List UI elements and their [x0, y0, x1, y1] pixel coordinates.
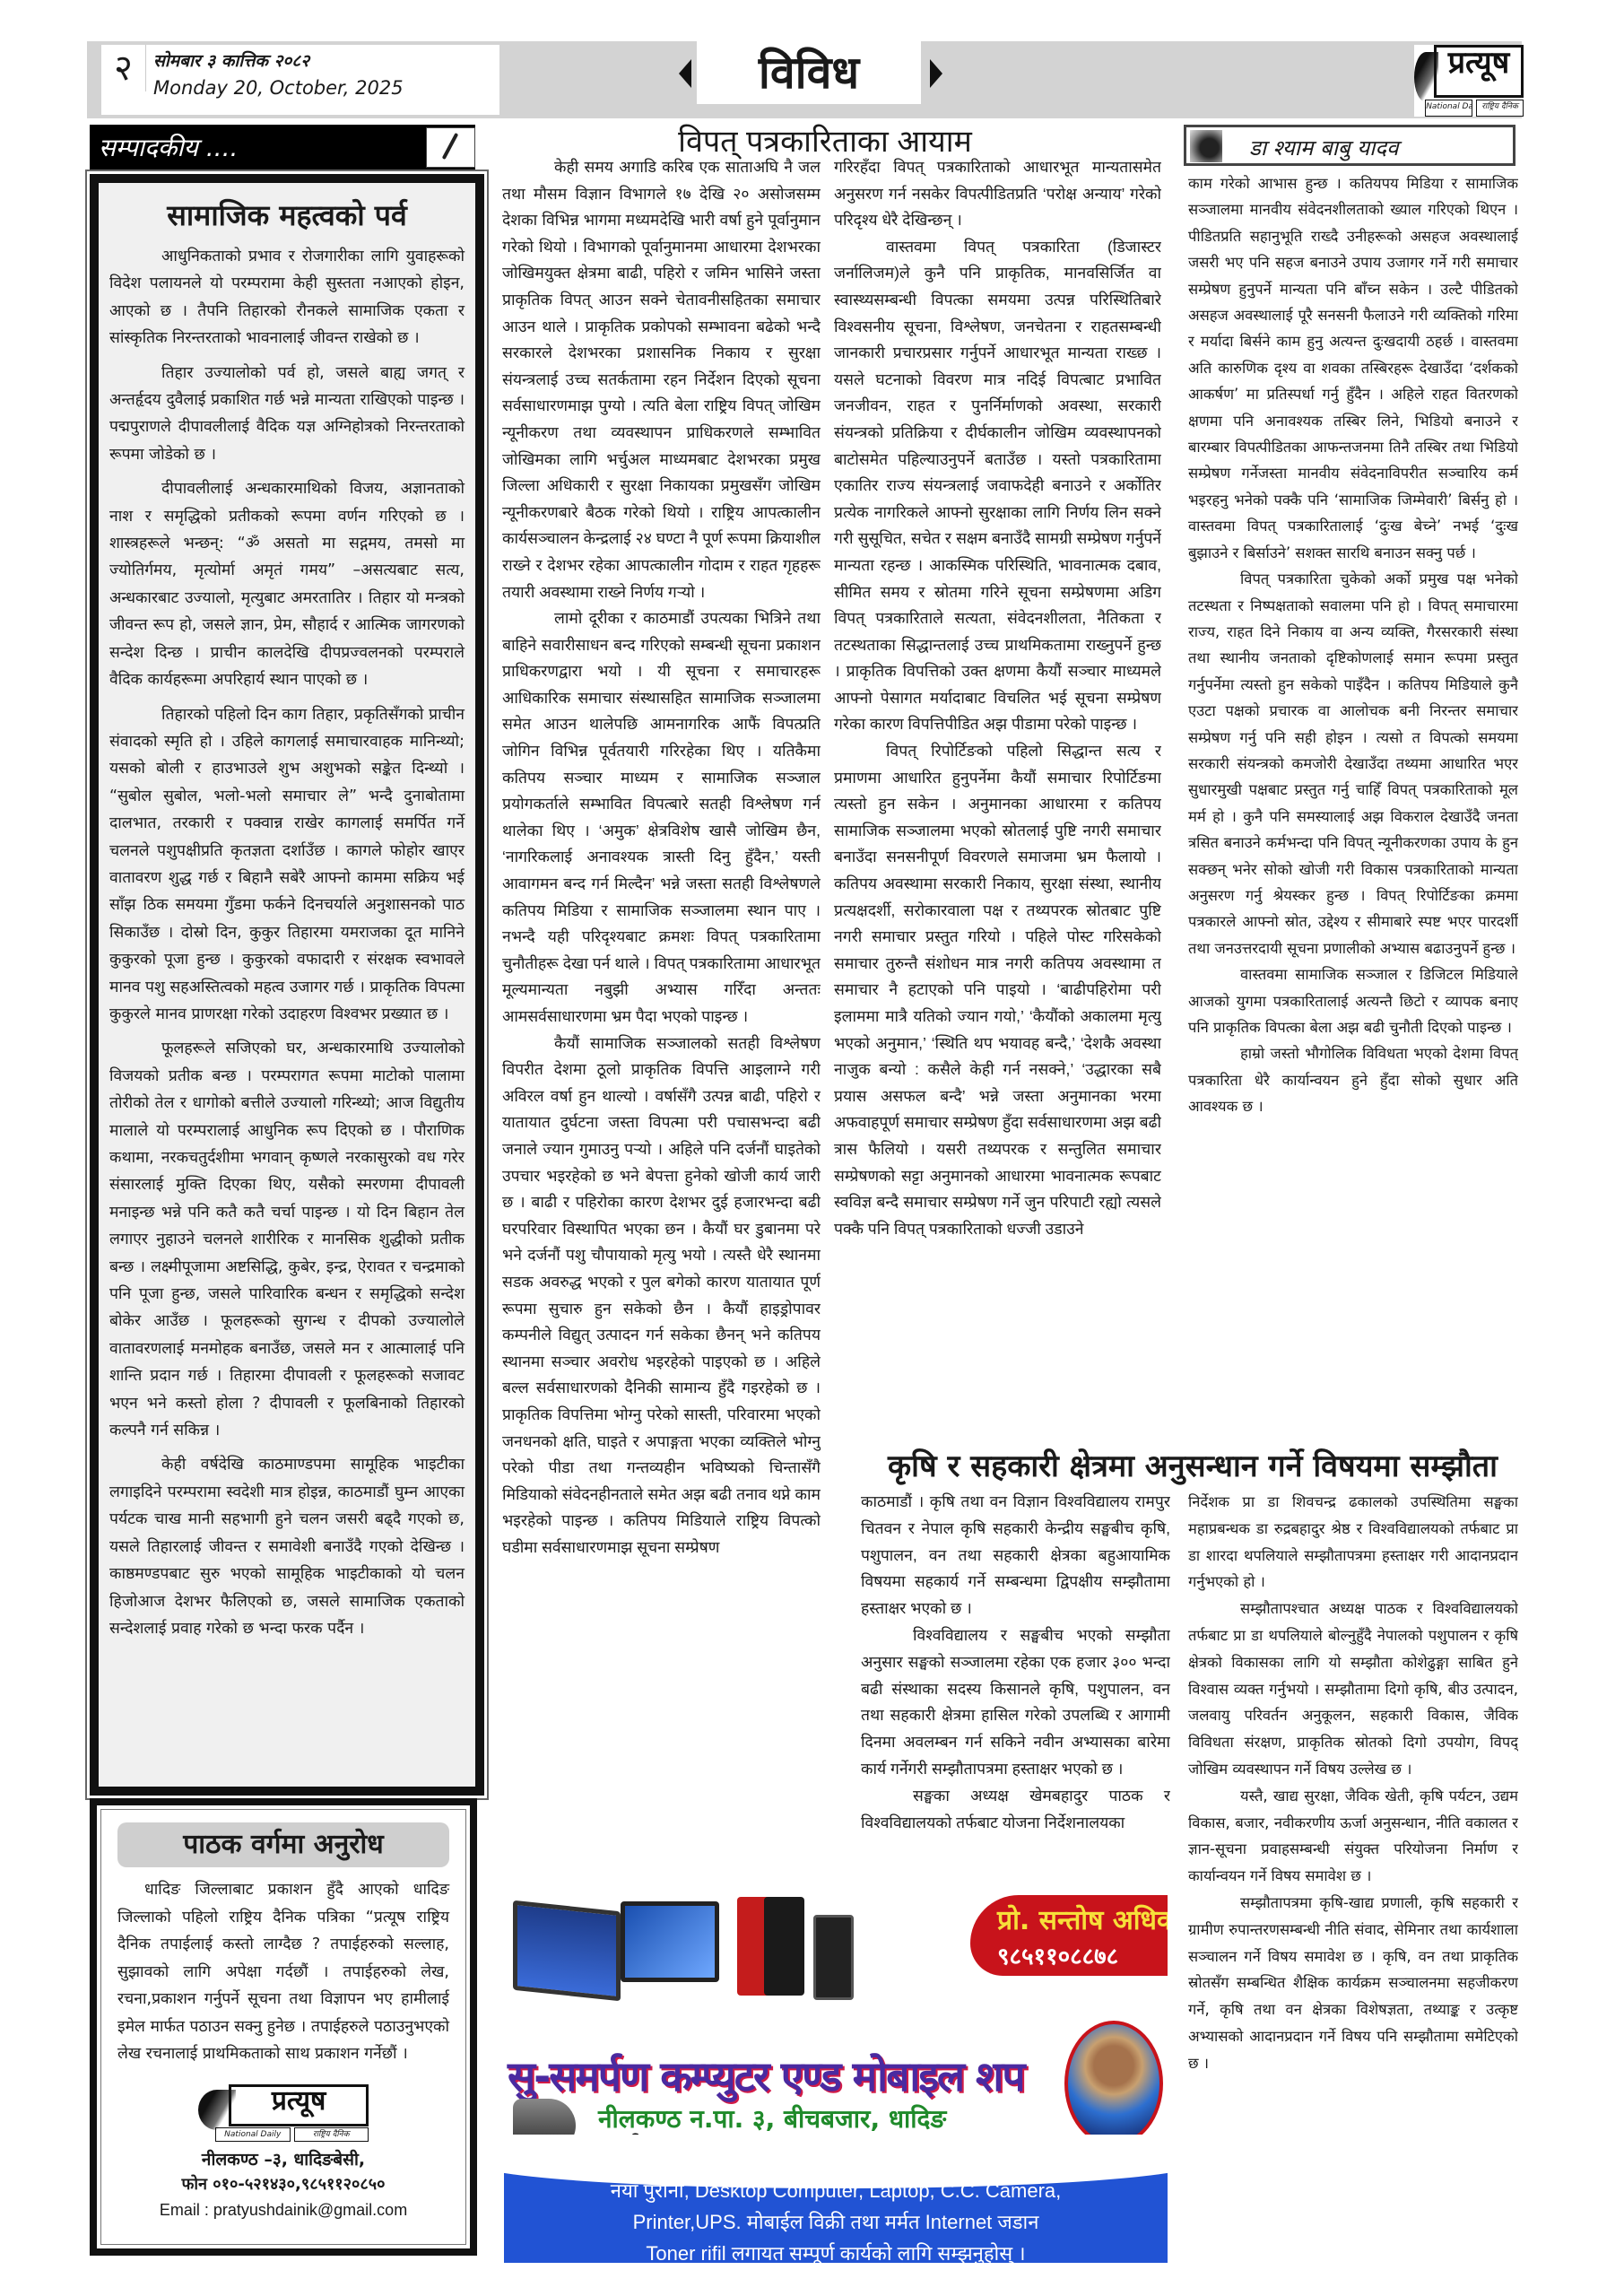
paragraph: तिहार उज्यालोको पर्व हो, जसले बाह्य जगत्…: [109, 360, 465, 469]
newspaper-logo: प्रत्यूष National Daily राष्ट्रिय दैनिक: [1414, 45, 1524, 117]
office-email[interactable]: Email : pratyushdainik@gmail.com: [117, 2197, 449, 2222]
date-nepali: सोमबार ३ कात्तिक २०८२: [153, 48, 309, 72]
office-phone: फोन ०१०-५२१४३०,९८५११२०८५०: [117, 2172, 449, 2197]
editorial-title: सामाजिक महत्वको पर्व: [109, 196, 465, 234]
news-headline: कृषि र सहकारी क्षेत्रमा अनुसन्धान गर्ने …: [861, 1444, 1524, 1485]
pen-image: [426, 127, 475, 168]
pen-icon: [442, 133, 459, 160]
paragraph: सम्झौतापश्चात अध्यक्ष पाठक र विश्वविद्या…: [1188, 1596, 1518, 1783]
services-banner: नयाँ पुराना, Desktop Computer, Laptop, C…: [504, 2161, 1168, 2263]
page-number: २: [101, 45, 146, 91]
paragraph: आधुनिकताको प्रभाव र रोजगारीका लागि युवाह…: [109, 243, 465, 352]
paragraph: यस्तै, खाद्य सुरक्षा, जैविक खेती, कृषि प…: [1188, 1783, 1518, 1890]
logo-tag-english: National Daily: [1425, 100, 1472, 117]
paragraph: केही समय अगाडि करिब एक साताअघि नै जल तथा…: [502, 154, 821, 605]
paragraph: विपत् रिपोर्टिङको पहिलो सिद्धान्त सत्य र…: [834, 738, 1161, 1242]
date-box: २ सोमबार ३ कात्तिक २०८२ Monday 20, Octob…: [101, 45, 499, 115]
paragraph: केही वर्षदेखि काठमाण्डपमा सामूहिक भाइटीक…: [109, 1451, 465, 1642]
paragraph: वास्तवमा सामाजिक सञ्जाल र डिजिटल मिडियाल…: [1188, 961, 1518, 1040]
reader-request-body: धादिङ जिल्लाबाट प्रकाशन हुँदै आएको धादिङ…: [117, 1876, 449, 2068]
logo-wordmark: प्रत्यूष: [229, 2084, 369, 2126]
paragraph: फूलहरूले सजिएको घर, अन्धकारमाथि उज्यालोक…: [109, 1035, 465, 1444]
shop-name: सु-समर्पण कम्प्युटर एण्ड मोबाइल शप: [508, 2048, 1046, 2103]
paragraph: तिहारको पहिलो दिन काग तिहार, प्रकृतिसँगक…: [109, 701, 465, 1029]
editorial-header: सम्पादकीय ....: [90, 125, 475, 170]
logo-tag-nepali: राष्ट्रिय दैनिक: [1476, 100, 1524, 117]
shop-advertisement: प्रो. सन्तोष अधिकारी ९८५११०८८७८ सु-समर्प…: [504, 1888, 1168, 2263]
paragraph: कैयौं सामाजिक सञ्जालको सतही विश्लेषण विप…: [502, 1031, 821, 1561]
laptop-icon: [513, 1900, 621, 2002]
paragraph: गरिरहँदा विपत् पत्रकारिताको आधारभूत मान्…: [834, 154, 1161, 234]
services-line-3: Toner rifil लगायत सम्पूर्ण कार्यको लागि …: [504, 2238, 1168, 2263]
paragraph: विश्वविद्यालय र सङ्घबीच भएको सम्झौता अनु…: [861, 1622, 1170, 1783]
logo-wordmark: प्रत्यूष: [1434, 45, 1524, 98]
paragraph: लामो दूरीका र काठमाडौं उपत्यका भित्रिने …: [502, 605, 821, 1031]
reader-request-title: पाठक वर्गमा अनुरोध: [117, 1822, 449, 1867]
author-photo: [1190, 130, 1222, 162]
paragraph: सम्झौतापत्रमा कृषि-खाद्य प्रणाली, कृषि स…: [1188, 1890, 1518, 2077]
devices-image: [513, 1897, 925, 2022]
phone-icon: [813, 1915, 854, 2000]
paragraph: हाम्रो जस्तो भौगोलिक विविधता भएको देशमा …: [1188, 1040, 1518, 1119]
paragraph: विपत् पत्रकारिता चुकेको अर्को प्रमुख पक्…: [1188, 566, 1518, 961]
page-header: २ सोमबार ३ कात्तिक २०८२ Monday 20, Octob…: [87, 41, 1522, 118]
owner-name: प्रो. सन्तोष अधिकारी: [997, 1900, 1168, 1937]
owner-phone: ९८५११०८८७८: [997, 1939, 1168, 1971]
reader-request-box: पाठक वर्गमा अनुरोध धादिङ जिल्लाबाट प्रका…: [90, 1798, 477, 2256]
arrow-left-icon: [679, 59, 691, 88]
paragraph: काठमाडौं । कृषि तथा वन विज्ञान विश्वविद्…: [861, 1489, 1170, 1622]
article-column-3: काम गरेको आभास हुन्छ । कतियपय मिडिया र स…: [1188, 170, 1518, 1439]
news-column-2: निर्देशक प्रा डा शिवचन्द्र ढकालको उपस्थि…: [1188, 1489, 1518, 2260]
services-line-1: नयाँ पुराना, Desktop Computer, Laptop, C…: [504, 2175, 1168, 2206]
paragraph: सङ्घका अध्यक्ष खेमबहादुर पाठक र विश्वविद…: [861, 1783, 1170, 1830]
owner-badge: प्रो. सन्तोष अधिकारी ९८५११०८८७८: [970, 1895, 1168, 1976]
section-title: विविध: [697, 41, 921, 104]
paragraph: वास्तवमा विपत् पत्रकारिता (डिजास्टर जर्न…: [834, 234, 1161, 738]
phone-icon: [764, 1897, 804, 1996]
paragraph: काम गरेको आभास हुन्छ । कतियपय मिडिया र स…: [1188, 170, 1518, 566]
editorial-body: आधुनिकताको प्रभाव र रोजगारीका लागि युवाह…: [109, 243, 465, 1642]
owner-photo: [1064, 2021, 1163, 2146]
date-english: Monday 20, October, 2025: [153, 77, 404, 99]
article-column-2: गरिरहँदा विपत् पत्रकारिताको आधारभूत मान्…: [834, 154, 1161, 1446]
author-byline: डा श्याम बाबु यादव: [1184, 125, 1515, 166]
office-address: नीलकण्ठ –३, धादिङबेसी,: [117, 2147, 449, 2172]
logo-tag-nepali: राष्ट्रिय दैनिक: [294, 2127, 369, 2141]
article-column-1: केही समय अगाडि करिब एक साताअघि नै जल तथा…: [502, 154, 821, 1818]
paragraph: दीपावलीलाई अन्धकारमाथिको विजय, अज्ञानताक…: [109, 475, 465, 693]
editorial-label: सम्पादकीय ....: [99, 130, 238, 164]
arrow-right-icon: [930, 59, 942, 88]
services-line-2: Printer,UPS. मोबाईल विक्री तथा मर्मत Int…: [504, 2206, 1168, 2238]
desktop-icon: [621, 1901, 719, 1982]
author-name: डा श्याम बाबु यादव: [1249, 133, 1398, 162]
news-column-1: काठमाडौं । कृषि तथा वन विज्ञान विश्वविद्…: [861, 1489, 1170, 1830]
logo-tag-english: National Daily: [215, 2127, 291, 2141]
editorial-box: सामाजिक महत्वको पर्व आधुनिकताको प्रभाव र…: [90, 174, 484, 1796]
paragraph: निर्देशक प्रा डा शिवचन्द्र ढकालको उपस्थि…: [1188, 1489, 1518, 1596]
newspaper-logo-small: प्रत्यूष National Daily राष्ट्रिय दैनिक: [198, 2084, 369, 2142]
